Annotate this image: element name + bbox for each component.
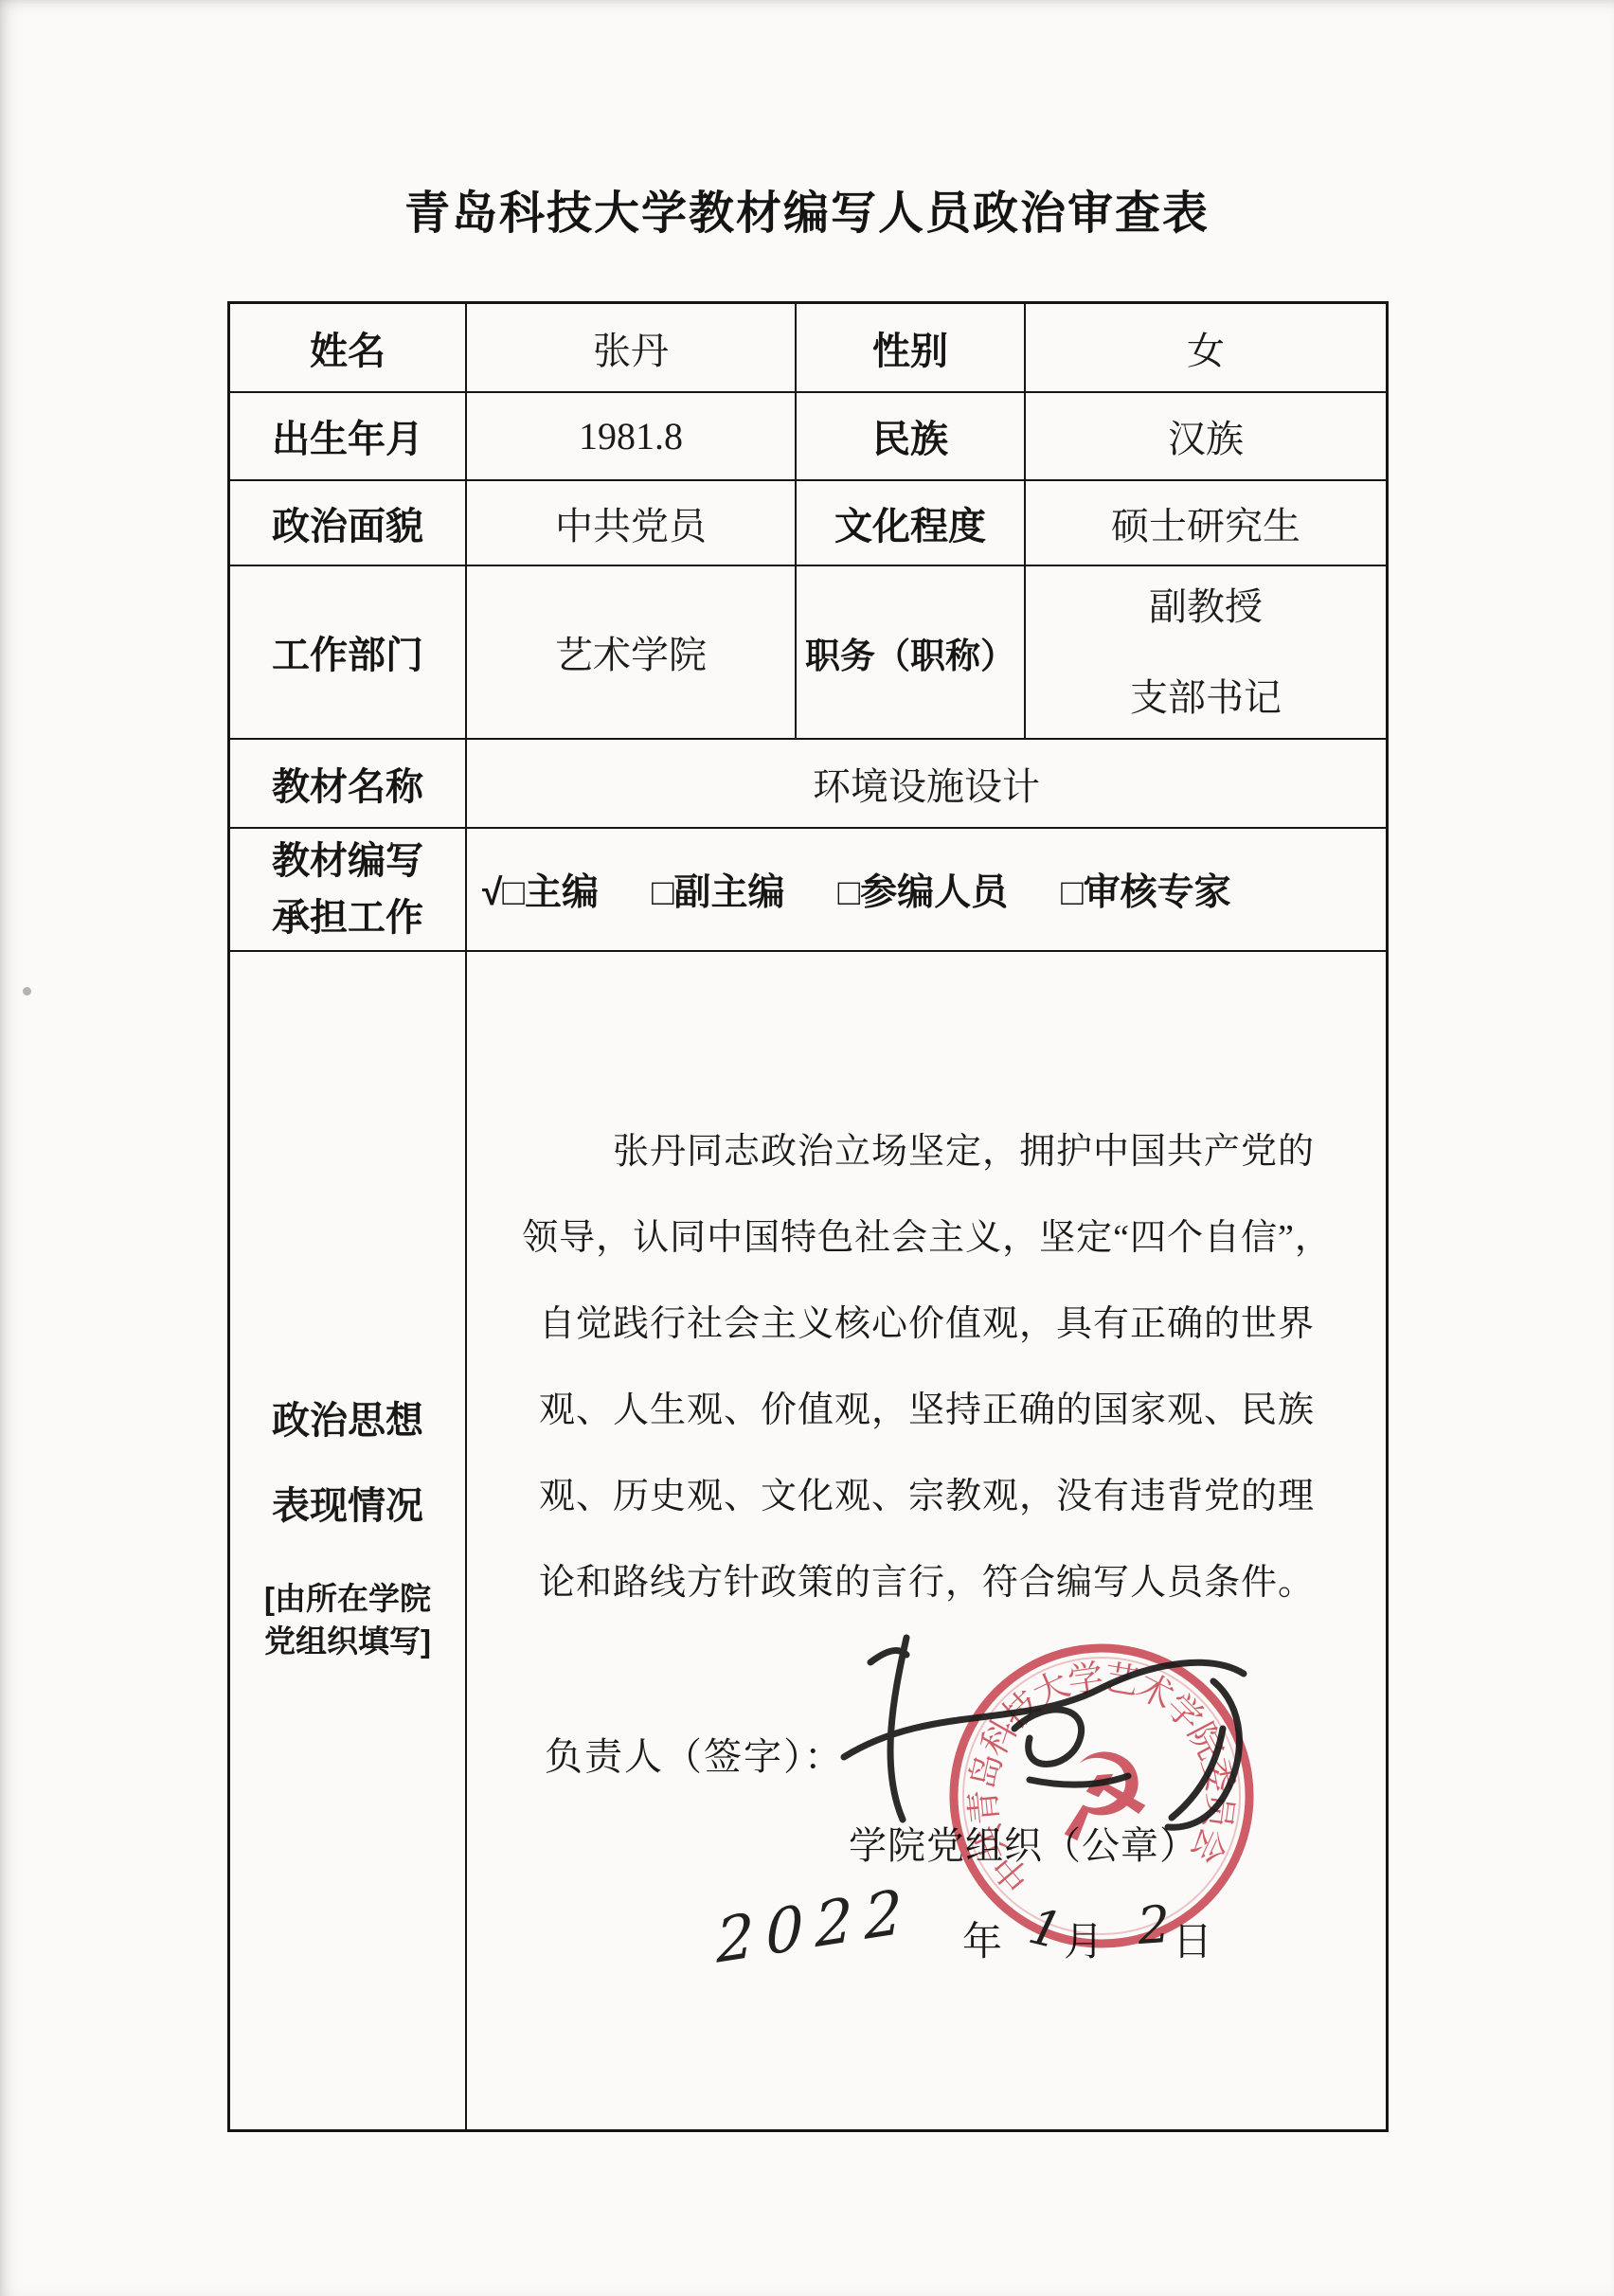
- field-name-value: 张丹: [467, 304, 797, 393]
- field-role-label: 教材编写 承担工作: [230, 829, 467, 952]
- field-education-label: 文化程度: [797, 481, 1026, 566]
- page-title: 青岛科技大学教材编写人员政治审查表: [0, 176, 1614, 242]
- handwritten-year: 2022: [716, 1875, 915, 1978]
- review-section-label-cell: 政治思想 表现情况 [由所在学院 党组织填写]: [230, 952, 467, 2129]
- field-textbook-label: 教材名称: [230, 740, 467, 829]
- signature-handwriting: [816, 1613, 1299, 1840]
- field-gender-value: 女: [1026, 304, 1386, 393]
- review-content-cell: 张丹同志政治立场坚定，拥护中国共产党的 领导，认同中国特色社会主义，坚定“四个自…: [467, 952, 1386, 2129]
- field-ethnicity-value: 汉族: [1026, 393, 1386, 481]
- field-political-status-value: 中共党员: [467, 481, 797, 566]
- review-section-label: 政治思想 表现情况 [由所在学院 党组织填写]: [264, 1378, 431, 1662]
- role-option-deputy-editor: □副主编: [652, 863, 785, 916]
- field-position-value: 副教授 支部书记: [1026, 566, 1386, 740]
- role-option-chief-editor: √□主编: [482, 863, 599, 916]
- field-textbook-value: 环境设施设计: [467, 740, 1386, 829]
- field-name-label: 姓名: [230, 304, 467, 393]
- field-birth-label: 出生年月: [230, 393, 467, 481]
- review-label-note: [由所在学院 党组织填写]: [264, 1577, 431, 1662]
- field-gender-label: 性别: [797, 304, 1026, 393]
- review-form-table: 姓名 张丹 性别 女 出生年月 1981.8 民族 汉族 政治面貌 中共党员 文…: [227, 301, 1389, 2132]
- field-ethnicity-label: 民族: [797, 393, 1026, 481]
- role-option-review-expert: □审核专家: [1061, 863, 1231, 916]
- field-department-value: 艺术学院: [467, 566, 797, 740]
- field-birth-value: 1981.8: [467, 393, 797, 481]
- review-paragraph: 张丹同志政治立场坚定，拥护中国共产党的 领导，认同中国特色社会主义，坚定“四个自…: [484, 1109, 1370, 1626]
- scan-artifact-dot: [23, 987, 31, 996]
- signer-label: 负责人（签字）：: [545, 1727, 844, 1781]
- role-options-row: √□主编 □副主编 □参编人员 □审核专家: [467, 829, 1386, 952]
- scanned-form-page: 青岛科技大学教材编写人员政治审查表 姓名 张丹 性别 女 出生年月 1981.8…: [0, 0, 1614, 2296]
- field-education-value: 硕士研究生: [1026, 481, 1386, 566]
- field-political-status-label: 政治面貌: [230, 481, 467, 566]
- review-label-main: 政治思想 表现情况: [272, 1378, 423, 1549]
- field-position-label: 职务（职称）: [797, 566, 1026, 740]
- handwritten-day: 2: [1136, 1894, 1173, 1956]
- role-option-contributor: □参编人员: [838, 863, 1009, 916]
- field-department-label: 工作部门: [230, 566, 467, 740]
